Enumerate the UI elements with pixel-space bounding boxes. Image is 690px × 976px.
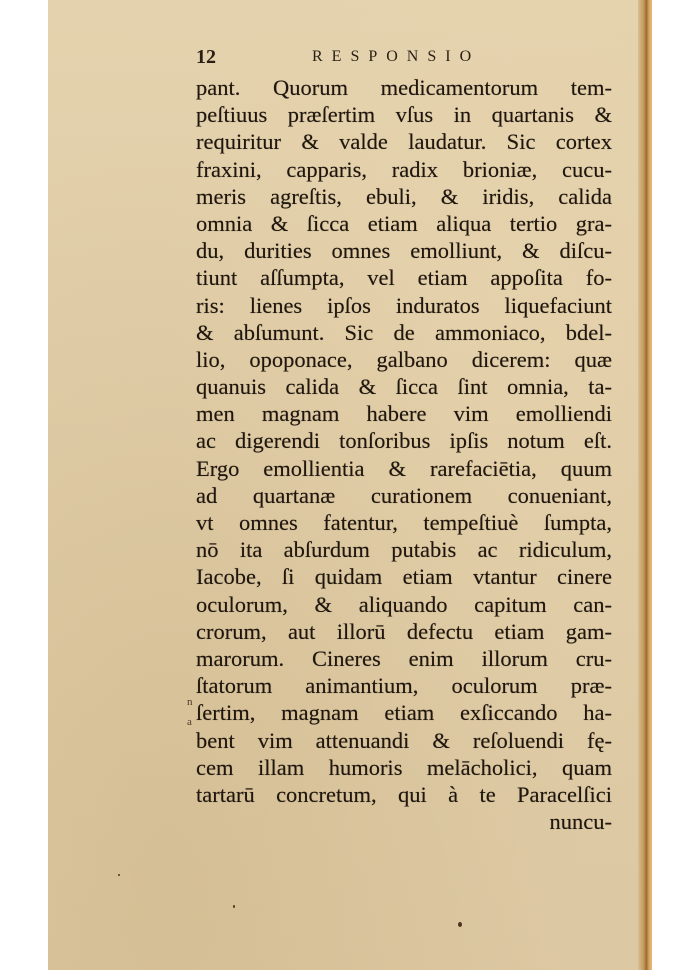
catchword: nuncu- — [196, 808, 612, 835]
text-line: quanuis calida & ſicca ſint omnia, ta- — [196, 373, 612, 400]
text-line: meris agreſtis, ebuli, & iridis, calida — [196, 183, 612, 210]
text-line: ris: lienes ipſos induratos liquefaciunt — [196, 292, 612, 319]
text-line: ac digerendi tonſoribus ipſis notum eſt. — [196, 427, 612, 454]
paper-spot — [118, 874, 120, 876]
text-line: Iacobe, ſi quidam etiam vtantur cinere — [196, 563, 612, 590]
paper-spot — [458, 922, 462, 927]
text-line: marorum. Cineres enim illorum cru- — [196, 645, 612, 672]
book-page: 12 RESPONSIO pant. Quorum medicamentorum… — [48, 0, 652, 970]
text-line: tartarū concretum, qui à te Paracelſici — [196, 781, 612, 808]
text-line: pant. Quorum medicamentorum tem- — [196, 74, 612, 101]
page-gutter-edge — [638, 0, 652, 970]
margin-mark: n — [187, 696, 193, 708]
text-line: men magnam habere vim emolliendi — [196, 400, 612, 427]
text-line: Ergo emollientia & rarefaciētia, quum — [196, 455, 612, 482]
text-line: fraxini, capparis, radix brioniæ, cucu- — [196, 156, 612, 183]
text-line: nō ita abſurdum putabis ac ridiculum, — [196, 536, 612, 563]
text-line: cem illam humoris melācholici, quam — [196, 754, 612, 781]
text-line: du, durities omnes emolliunt, & diſcu- — [196, 237, 612, 264]
text-line: vt omnes fatentur, tempeſtiuè ſumpta, — [196, 509, 612, 536]
text-line: crorum, aut illorū defectu etiam gam- — [196, 618, 612, 645]
text-line: peſtiuus præſertim vſus in quartanis & — [196, 101, 612, 128]
text-line: bent vim attenuandi & reſoluendi fę- — [196, 727, 612, 754]
running-title: RESPONSIO — [312, 48, 480, 66]
text-line: & abſumunt. Sic de ammoniaco, bdel- — [196, 319, 612, 346]
text-line: omnia & ſicca etiam aliqua tertio gra- — [196, 210, 612, 237]
text-line: tiunt aſſumpta, vel etiam appoſita fo- — [196, 264, 612, 291]
paper-spot — [233, 905, 235, 908]
page-number: 12 — [196, 46, 216, 69]
text-line: ſtatorum animantium, oculorum præ- — [196, 672, 612, 699]
text-line: lio, opoponace, galbano dicerem: quæ — [196, 346, 612, 373]
text-line: requiritur & valde laudatur. Sic cortex — [196, 128, 612, 155]
text-line: ſertim, magnam etiam exſiccando ha- — [196, 699, 612, 726]
text-line: ad quartanæ curationem conueniant, — [196, 482, 612, 509]
text-line: oculorum, & aliquando capitum can- — [196, 591, 612, 618]
page-header: 12 RESPONSIO — [196, 46, 606, 72]
body-text: pant. Quorum medicamentorum tem- peſtiuu… — [196, 74, 612, 835]
margin-mark: a — [187, 716, 192, 728]
